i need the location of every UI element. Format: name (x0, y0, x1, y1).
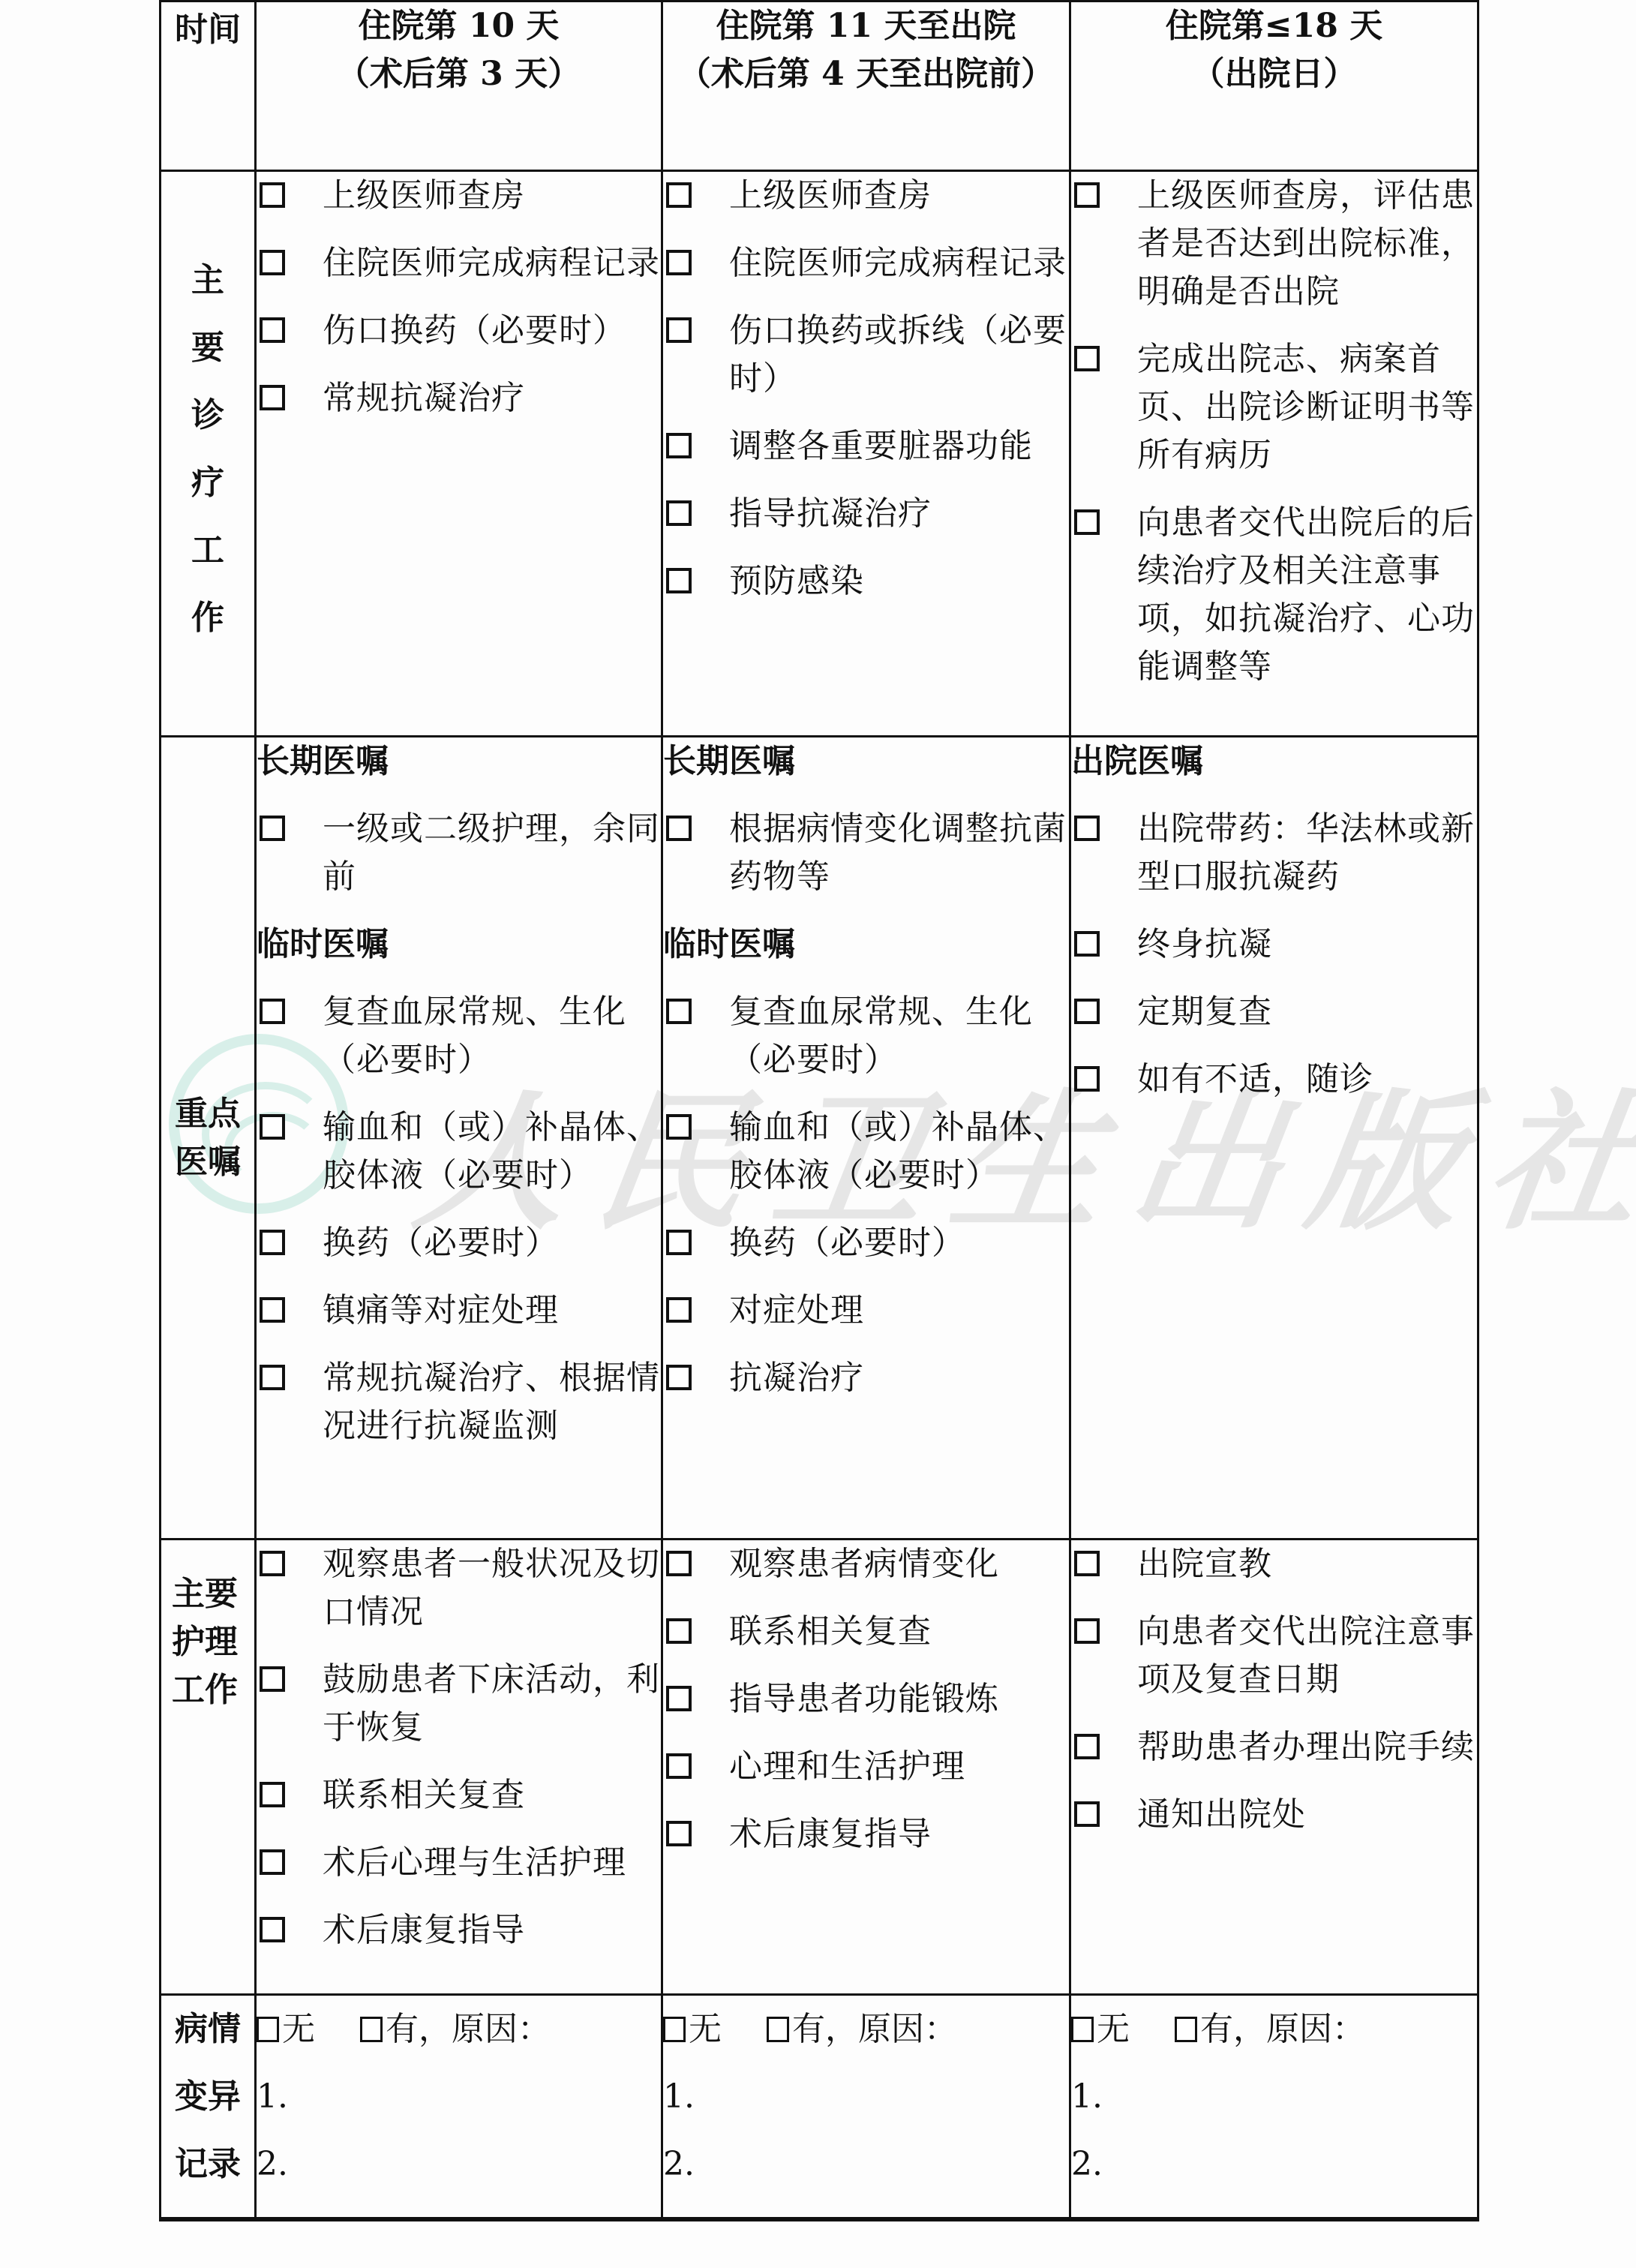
item-text: 通知出院处 (1137, 1791, 1477, 1839)
item-text: 根据病情变化调整抗菌药物等 (729, 805, 1069, 901)
label-char: 作 (161, 584, 254, 652)
variance-line-1[interactable]: 1. (257, 2063, 661, 2131)
item-text: 对症处理 (729, 1287, 1069, 1335)
checklist-item: 常规抗凝治疗 (257, 374, 661, 422)
item-text: 指导抗凝治疗 (729, 490, 1069, 538)
key-orders-day11: 长期医嘱 根据病情变化调整抗菌药物等 临时医嘱 复查血尿常规、生化（必要时） 输… (662, 737, 1070, 1540)
item-text: 调整各重要脏器功能 (729, 422, 1069, 470)
checklist-item: 调整各重要脏器功能 (663, 422, 1069, 470)
checklist-item: 观察患者病情变化 (663, 1540, 1069, 1588)
column-header-line2: （术后第 3 天） (257, 50, 661, 98)
label-line: 记录 (161, 2131, 254, 2198)
column-header-line2: （出院日） (1071, 50, 1477, 98)
main-work-discharge: 上级医师查房，评估患者是否达到出院标准，明确是否出院 完成出院志、病案首页、出院… (1070, 171, 1478, 737)
checklist-item: 出院带药：华法林或新型口服抗凝药 (1071, 805, 1477, 901)
item-text: 帮助患者办理出院手续 (1137, 1723, 1477, 1771)
nursing-day10: 观察患者一般状况及切口情况 鼓励患者下床活动，利于恢复 联系相关复查 术后心理与… (256, 1540, 662, 1995)
checkbox[interactable] (666, 1686, 692, 1711)
column-header-line2: （术后第 4 天至出院前） (663, 50, 1069, 98)
item-text: 复查血尿常规、生化（必要时） (323, 988, 661, 1084)
temporary-orders-heading: 临时医嘱 (257, 921, 661, 969)
yes-reason-label: 有，原因： (792, 1996, 957, 2063)
item-text: 术后康复指导 (323, 1906, 661, 1954)
checkbox[interactable] (666, 1551, 692, 1576)
column-header-line1: 住院第 10 天 (257, 2, 661, 50)
checklist-item: 终身抗凝 (1071, 921, 1477, 969)
item-text: 向患者交代出院注意事项及复查日期 (1137, 1608, 1477, 1704)
clinical-pathway-table: 时间 住院第 10 天 （术后第 3 天） 住院第 11 天至出院 （术后第 4… (159, 0, 1479, 2221)
checklist-item: 定期复查 (1071, 988, 1477, 1036)
item-text: 预防感染 (729, 557, 1069, 605)
checkbox[interactable] (666, 1365, 692, 1390)
checklist-item: 上级医师查房，评估患者是否达到出院标准，明确是否出院 (1071, 172, 1477, 316)
checkbox[interactable] (666, 1753, 692, 1779)
variance-line-1[interactable]: 1. (1071, 2063, 1477, 2131)
key-orders-day10: 长期医嘱 一级或二级护理，余同前 临时医嘱 复查血尿常规、生化（必要时） 输血和… (256, 737, 662, 1540)
item-text: 终身抗凝 (1137, 921, 1477, 969)
nursing-label: 主要 护理 工作 (161, 1540, 256, 1995)
checklist-item: 鼓励患者下床活动，利于恢复 (257, 1656, 661, 1752)
checkbox[interactable] (1074, 999, 1100, 1024)
checklist-item: 复查血尿常规、生化（必要时） (257, 988, 661, 1084)
checkbox[interactable] (666, 568, 692, 593)
item-text: 心理和生活护理 (729, 1743, 1069, 1791)
item-text: 换药（必要时） (729, 1219, 1069, 1267)
checklist-item: 联系相关复查 (257, 1771, 661, 1819)
checkbox[interactable] (666, 433, 692, 458)
key-orders-label: 重点 医嘱 (161, 737, 256, 1540)
checklist-item: 心理和生活护理 (663, 1743, 1069, 1791)
item-text: 术后康复指导 (729, 1810, 1069, 1858)
checkbox[interactable] (260, 1114, 285, 1140)
checklist-item: 出院宣教 (1071, 1540, 1477, 1588)
checklist-item: 上级医师查房 (257, 172, 661, 220)
checkbox[interactable] (1074, 1801, 1100, 1827)
checklist-item: 换药（必要时） (257, 1219, 661, 1267)
checkbox[interactable] (260, 1551, 285, 1576)
main-work-day10: 上级医师查房 住院医师完成病程记录 伤口换药（必要时） 常规抗凝治疗 (256, 171, 662, 737)
item-text: 鼓励患者下床活动，利于恢复 (323, 1656, 661, 1752)
checkbox[interactable] (260, 1297, 285, 1323)
checkbox[interactable] (260, 999, 285, 1024)
long-term-orders-heading: 长期医嘱 (257, 737, 661, 786)
checklist-item: 伤口换药（必要时） (257, 307, 661, 355)
checklist-item: 观察患者一般状况及切口情况 (257, 1540, 661, 1636)
checkbox[interactable] (260, 1365, 285, 1390)
checkbox[interactable] (666, 999, 692, 1024)
checkbox[interactable] (260, 1666, 285, 1692)
item-text: 如有不适，随诊 (1137, 1056, 1477, 1104)
item-text: 常规抗凝治疗 (323, 374, 661, 422)
checklist-item: 完成出院志、病案首页、出院诊断证明书等所有病历 (1071, 335, 1477, 479)
checklist-item: 指导患者功能锻炼 (663, 1675, 1069, 1723)
checklist-item: 向患者交代出院后的后续治疗及相关注意事项，如抗凝治疗、心功能调整等 (1071, 499, 1477, 691)
checkbox[interactable] (1074, 182, 1100, 208)
item-text: 常规抗凝治疗、根据情况进行抗凝监测 (323, 1354, 661, 1450)
checkbox[interactable] (1074, 1551, 1100, 1576)
key-orders-discharge: 出院医嘱 出院带药：华法林或新型口服抗凝药 终身抗凝 定期复查 如有不适，随诊 (1070, 737, 1478, 1540)
checklist-item: 复查血尿常规、生化（必要时） (663, 988, 1069, 1084)
variance-options: 无 有，原因： (1071, 1996, 1477, 2063)
item-text: 镇痛等对症处理 (323, 1287, 661, 1335)
item-text: 观察患者一般状况及切口情况 (323, 1540, 661, 1636)
checkbox[interactable] (260, 1849, 285, 1875)
none-label: 无 (282, 1996, 315, 2063)
checklist-item: 上级医师查房 (663, 172, 1069, 220)
label-char: 工 (161, 517, 254, 584)
item-text: 上级医师查房 (729, 172, 1069, 220)
yes-reason-label: 有，原因： (386, 1996, 551, 2063)
variance-discharge: 无 有，原因： 1. 2. (1070, 1995, 1478, 2219)
checklist-item: 输血和（或）补晶体、胶体液（必要时） (257, 1104, 661, 1200)
checkbox[interactable] (666, 500, 692, 526)
item-text: 一级或二级护理，余同前 (323, 805, 661, 901)
checkbox[interactable] (260, 250, 285, 275)
checkbox[interactable] (666, 1230, 692, 1255)
item-text: 向患者交代出院后的后续治疗及相关注意事项，如抗凝治疗、心功能调整等 (1137, 499, 1477, 691)
checkbox[interactable] (1074, 816, 1100, 841)
item-text: 住院医师完成病程记录 (323, 239, 661, 287)
item-text: 复查血尿常规、生化（必要时） (729, 988, 1069, 1084)
item-text: 伤口换药（必要时） (323, 307, 661, 355)
yes-checkbox[interactable] (1175, 2017, 1197, 2042)
none-checkbox[interactable] (257, 2017, 279, 2042)
long-term-orders-heading: 长期医嘱 (663, 737, 1069, 786)
item-text: 完成出院志、病案首页、出院诊断证明书等所有病历 (1137, 335, 1477, 479)
checkbox[interactable] (1074, 346, 1100, 371)
checkbox[interactable] (666, 250, 692, 275)
checkbox[interactable] (260, 317, 285, 343)
checkbox[interactable] (260, 385, 285, 410)
yes-checkbox[interactable] (360, 2017, 383, 2042)
checkbox[interactable] (260, 1917, 285, 1942)
label-line: 重点 (161, 1090, 254, 1138)
checklist-item: 抗凝治疗 (663, 1354, 1069, 1402)
item-text: 观察患者病情变化 (729, 1540, 1069, 1588)
column-header-day11: 住院第 11 天至出院 （术后第 4 天至出院前） (662, 2, 1070, 171)
yes-checkbox[interactable] (767, 2017, 789, 2042)
checkbox[interactable] (1074, 509, 1100, 535)
nursing-discharge: 出院宣教 向患者交代出院注意事项及复查日期 帮助患者办理出院手续 通知出院处 (1070, 1540, 1478, 1995)
checkbox[interactable] (666, 1297, 692, 1323)
checkbox[interactable] (260, 816, 285, 841)
checkbox[interactable] (1074, 1734, 1100, 1759)
checklist-item: 住院医师完成病程记录 (257, 239, 661, 287)
yes-reason-label: 有，原因： (1200, 1996, 1365, 2063)
checkbox[interactable] (1074, 1066, 1100, 1092)
label-line: 病情 (161, 1996, 254, 2063)
key-orders-row: 重点 医嘱 长期医嘱 一级或二级护理，余同前 临时医嘱 复查血尿常规、生化（必要… (161, 737, 1478, 1540)
checklist-item: 根据病情变化调整抗菌药物等 (663, 805, 1069, 901)
checklist-item: 联系相关复查 (663, 1608, 1069, 1656)
checkbox[interactable] (666, 1618, 692, 1644)
checkbox[interactable] (260, 1230, 285, 1255)
checklist-item: 术后康复指导 (663, 1810, 1069, 1858)
label-line: 工作 (172, 1666, 254, 1714)
checklist-item: 一级或二级护理，余同前 (257, 805, 661, 901)
item-text: 指导患者功能锻炼 (729, 1675, 1069, 1723)
temporary-orders-heading: 临时医嘱 (663, 921, 1069, 969)
nursing-row: 主要 护理 工作 观察患者一般状况及切口情况 鼓励患者下床活动，利于恢复 联系相… (161, 1540, 1478, 1995)
checklist-item: 对症处理 (663, 1287, 1069, 1335)
item-text: 上级医师查房 (323, 172, 661, 220)
checklist-item: 常规抗凝治疗、根据情况进行抗凝监测 (257, 1354, 661, 1450)
item-text: 伤口换药或拆线（必要时） (729, 307, 1069, 403)
label-line: 主要 (172, 1570, 254, 1618)
item-text: 联系相关复查 (323, 1771, 661, 1819)
item-text: 出院带药：华法林或新型口服抗凝药 (1137, 805, 1477, 901)
time-label: 时间 (175, 11, 241, 49)
variance-day10: 无 有，原因： 1. 2. (256, 1995, 662, 2219)
checkbox[interactable] (666, 182, 692, 208)
variance-options: 无 有，原因： (663, 1996, 1069, 2063)
nursing-day11: 观察患者病情变化 联系相关复查 指导患者功能锻炼 心理和生活护理 术后康复指导 (662, 1540, 1070, 1995)
column-header-day10: 住院第 10 天 （术后第 3 天） (256, 2, 662, 171)
label-line: 变异 (161, 2063, 254, 2131)
variance-row: 病情 变异 记录 无 有，原因： 1. 2. 无 有，原因： 1. 2. 无 (161, 1995, 1478, 2219)
item-text: 联系相关复查 (729, 1608, 1069, 1656)
checklist-item: 伤口换药或拆线（必要时） (663, 307, 1069, 403)
checklist-item: 向患者交代出院注意事项及复查日期 (1071, 1608, 1477, 1704)
variance-options: 无 有，原因： (257, 1996, 661, 2063)
checklist-item: 镇痛等对症处理 (257, 1287, 661, 1335)
main-work-row: 主 要 诊 疗 工 作 上级医师查房 住院医师完成病程记录 伤口换药（必要时） … (161, 171, 1478, 737)
variance-line-2[interactable]: 2. (663, 2131, 1069, 2198)
label-char: 要 (161, 314, 254, 382)
item-text: 输血和（或）补晶体、胶体液（必要时） (729, 1104, 1069, 1200)
checkbox[interactable] (260, 1782, 285, 1807)
label-line: 护理 (172, 1618, 254, 1666)
label-char: 疗 (161, 449, 254, 517)
label-char: 主 (161, 247, 254, 314)
none-label: 无 (1097, 1996, 1130, 2063)
none-label: 无 (689, 1996, 722, 2063)
checkbox[interactable] (260, 182, 285, 208)
checklist-item: 输血和（或）补晶体、胶体液（必要时） (663, 1104, 1069, 1200)
checkbox[interactable] (666, 317, 692, 343)
checklist-item: 如有不适，随诊 (1071, 1056, 1477, 1104)
checklist-item: 术后心理与生活护理 (257, 1839, 661, 1887)
item-text: 输血和（或）补晶体、胶体液（必要时） (323, 1104, 661, 1200)
checklist-item: 住院医师完成病程记录 (663, 239, 1069, 287)
time-label-cell: 时间 (161, 2, 256, 171)
variance-line-2[interactable]: 2. (257, 2131, 661, 2198)
item-text: 术后心理与生活护理 (323, 1839, 661, 1887)
label-line: 医嘱 (161, 1138, 254, 1186)
checkbox[interactable] (1074, 931, 1100, 957)
label-char: 诊 (161, 382, 254, 449)
checklist-item: 指导抗凝治疗 (663, 490, 1069, 538)
variance-label: 病情 变异 记录 (161, 1995, 256, 2219)
variance-day11: 无 有，原因： 1. 2. (662, 1995, 1070, 2219)
checklist-item: 预防感染 (663, 557, 1069, 605)
checklist-item: 换药（必要时） (663, 1219, 1069, 1267)
item-text: 出院宣教 (1137, 1540, 1477, 1588)
checkbox[interactable] (666, 1114, 692, 1140)
checkbox[interactable] (666, 1821, 692, 1846)
column-header-line1: 住院第 11 天至出院 (663, 2, 1069, 50)
variance-line-1[interactable]: 1. (663, 2063, 1069, 2131)
checklist-item: 通知出院处 (1071, 1791, 1477, 1839)
item-text: 上级医师查房，评估患者是否达到出院标准，明确是否出院 (1137, 172, 1477, 316)
header-row: 时间 住院第 10 天 （术后第 3 天） 住院第 11 天至出院 （术后第 4… (161, 2, 1478, 171)
checkbox[interactable] (666, 816, 692, 841)
variance-line-2[interactable]: 2. (1071, 2131, 1477, 2198)
discharge-orders-heading: 出院医嘱 (1071, 737, 1477, 786)
column-header-line1: 住院第≤18 天 (1071, 2, 1477, 50)
main-work-label: 主 要 诊 疗 工 作 (161, 171, 256, 737)
item-text: 住院医师完成病程记录 (729, 239, 1069, 287)
item-text: 换药（必要时） (323, 1219, 661, 1267)
main-work-day11: 上级医师查房 住院医师完成病程记录 伤口换药或拆线（必要时） 调整各重要脏器功能… (662, 171, 1070, 737)
checkbox[interactable] (1074, 1618, 1100, 1644)
none-checkbox[interactable] (1071, 2017, 1094, 2042)
column-header-discharge: 住院第≤18 天 （出院日） (1070, 2, 1478, 171)
checklist-item: 帮助患者办理出院手续 (1071, 1723, 1477, 1771)
none-checkbox[interactable] (663, 2017, 686, 2042)
checklist-item: 术后康复指导 (257, 1906, 661, 1954)
item-text: 定期复查 (1137, 988, 1477, 1036)
item-text: 抗凝治疗 (729, 1354, 1069, 1402)
